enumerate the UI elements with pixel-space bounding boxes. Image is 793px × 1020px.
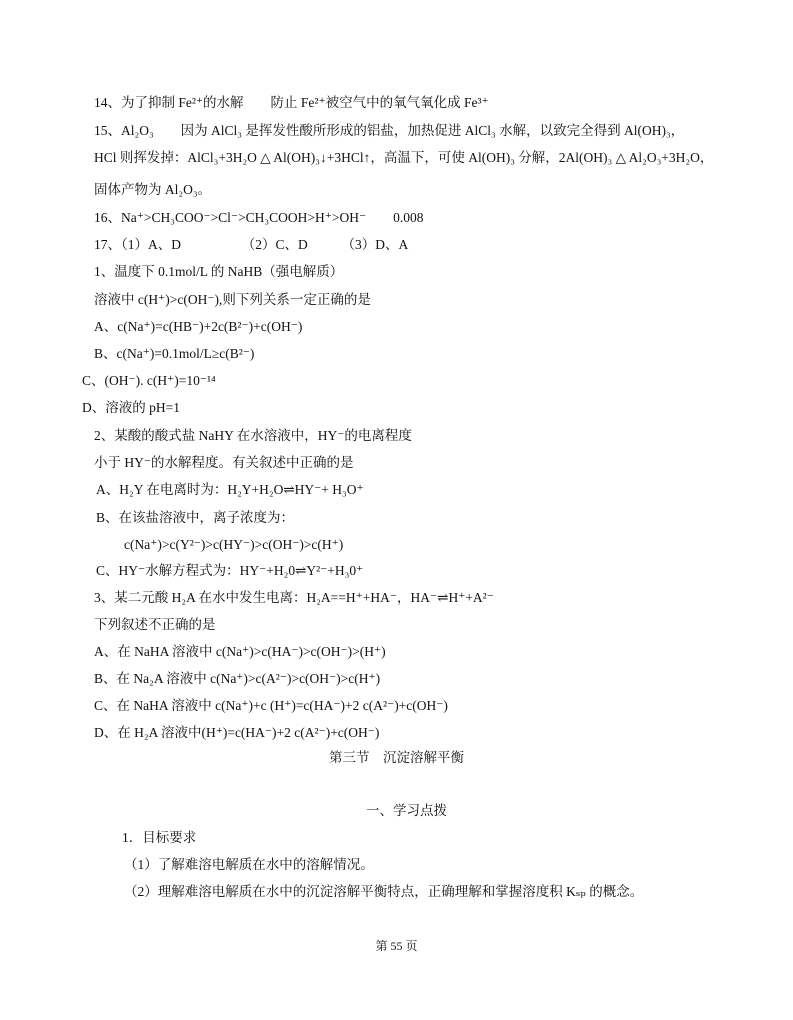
- question-2-option-b-detail: c(Na⁺)>c(Y²⁻)>c(HY⁻)>c(OH⁻)>c(H⁺): [124, 536, 343, 554]
- answer-15-line2: HCl 则挥发掉：AlCl₃+3H₂O △ Al(OH)₃↓+3HCl↑，高温下…: [94, 149, 713, 167]
- goal-item-2: （2）理解难溶电解质在水中的沉淀溶解平衡特点，正确理解和掌握溶度积 Kₛₚ 的概…: [124, 883, 643, 901]
- question-2-option-b: B、在该盐溶液中，离子浓度为：: [96, 509, 294, 527]
- question-1-option-d: D、溶液的 pH=1: [82, 399, 180, 417]
- goal-heading: 1．目标要求: [122, 829, 196, 847]
- question-1-option-a: A、c(Na⁺)=c(HB⁻)+2c(B²⁻)+c(OH⁻): [94, 318, 302, 336]
- question-2-stem-line2: 小于 HY⁻的水解程度。有关叙述中正确的是: [94, 454, 354, 472]
- answer-17: 17、（1）A、D （2）C、D （3）D、A: [94, 236, 408, 254]
- section-title: 第三节 沉淀溶解平衡: [0, 749, 793, 767]
- question-1-option-b: B、c(Na⁺)=0.1mol/L≥c(B²⁻): [94, 345, 254, 363]
- question-3-stem-line2: 下列叙述不正确的是: [94, 616, 216, 634]
- question-3-option-c: C、在 NaHA 溶液中 c(Na⁺)+c (H⁺)=c(HA⁻)+2 c(A²…: [94, 697, 448, 715]
- answer-14: 14、为了抑制 Fe²⁺的水解 防止 Fe²⁺被空气中的氧气氧化成 Fe³⁺: [94, 94, 489, 112]
- question-2-option-c: C、HY⁻水解方程式为：HY⁻+H₂0⇌Y²⁻+H₃0⁺: [96, 562, 363, 580]
- page-number: 第 55 页: [0, 937, 793, 955]
- question-2-option-a: A、H₂Y 在电离时为：H₂Y+H₂O⇌HY⁻+ H₃O⁺: [96, 481, 364, 499]
- question-3-option-a: A、在 NaHA 溶液中 c(Na⁺)>c(HA⁻)>c(OH⁻)>(H⁺): [94, 643, 386, 661]
- question-2-stem-line1: 2、某酸的酸式盐 NaHY 在水溶液中，HY⁻的电离程度: [94, 427, 412, 445]
- question-3-option-b: B、在 Na₂A 溶液中 c(Na⁺)>c(A²⁻)>c(OH⁻)>c(H⁺): [94, 670, 380, 688]
- goal-item-1: （1）了解难溶电解质在水中的溶解情况。: [124, 856, 374, 874]
- section-subtitle: 一、学习点拨: [0, 802, 793, 820]
- question-3-option-d: D、在 H₂A 溶液中(H⁺)=c(HA⁻)+2 c(A²⁻)+c(OH⁻): [94, 724, 379, 742]
- question-3-stem-line1: 3、某二元酸 H₂A 在水中发生电离：H₂A==H⁺+HA⁻，HA⁻⇌H⁺+A²…: [94, 589, 494, 607]
- question-1-stem-line2: 溶液中 c(H⁺)>c(OH⁻),则下列关系一定正确的是: [94, 291, 371, 309]
- question-1-option-c: C、(OH⁻). c(H⁺)=10⁻¹⁴: [82, 372, 216, 390]
- answer-15-line1: 15、Al₂O₃ 因为 AlCl₃ 是挥发性酸所形成的铝盐，加热促进 AlCl₃…: [94, 122, 684, 140]
- question-1-stem-line1: 1、温度下 0.1mol/L 的 NaHB（强电解质）: [94, 263, 343, 281]
- answer-15-line3: 固体产物为 Al₂O₃。: [94, 181, 211, 199]
- answer-16: 16、Na⁺>CH₃COO⁻>Cl⁻>CH₃COOH>H⁺>OH⁻ 0.008: [94, 209, 424, 227]
